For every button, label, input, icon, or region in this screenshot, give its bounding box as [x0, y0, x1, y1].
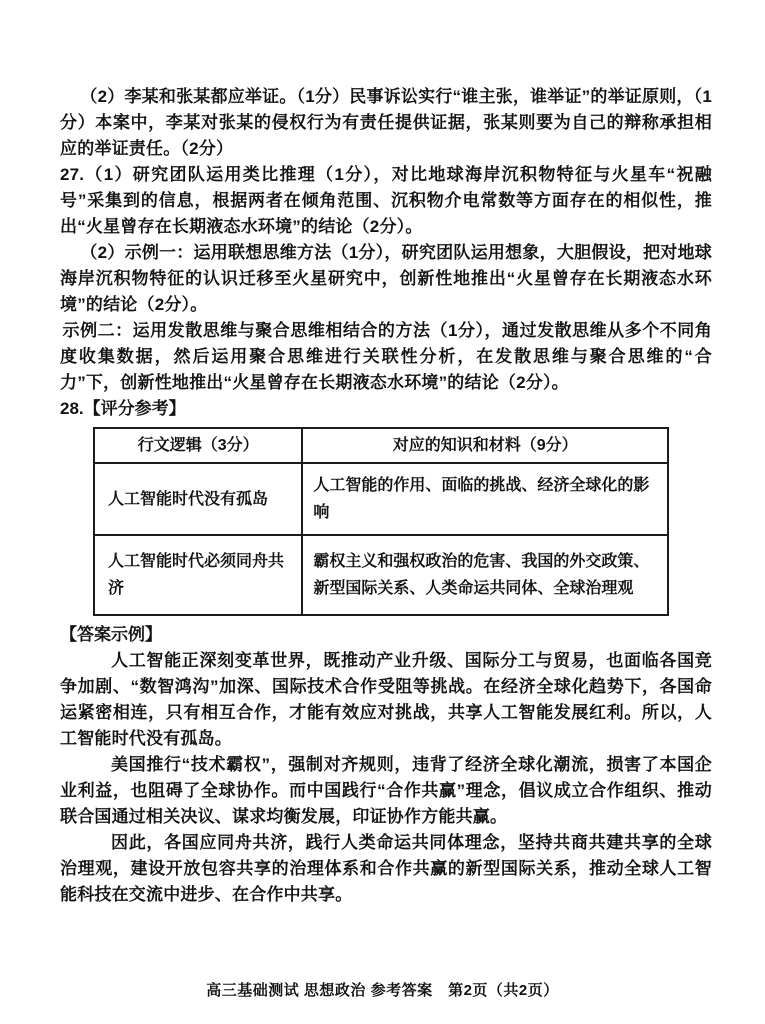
answer-q26-part2: （2）李某和张某都应举证。（1分）民事诉讼实行“谁主张，谁举证”的举证原则，（1…	[60, 84, 712, 162]
answer-sample-paragraph-3: 因此，各国应同舟共济，践行人类命运共同体理念，坚持共商共建共享的全球治理观，建设…	[60, 830, 712, 908]
q28-scoring-heading: 28.【评分参考】	[60, 396, 712, 422]
scoring-table-row2-logic: 人工智能时代必须同舟共济	[94, 535, 302, 615]
scoring-table-row1-logic: 人工智能时代没有孤岛	[94, 463, 302, 535]
scoring-table-header-logic: 行文逻辑（3分）	[94, 428, 302, 463]
scoring-table-row-1: 人工智能时代没有孤岛 人工智能的作用、面临的挑战、经济全球化的影响	[94, 463, 668, 535]
scoring-table-header-row: 行文逻辑（3分） 对应的知识和材料（9分）	[94, 428, 668, 463]
answer-sample-paragraph-1: 人工智能正深刻变革世界，既推动产业升级、国际分工与贸易，也面临各国竞争加剧、“数…	[60, 648, 712, 752]
scoring-table-header-knowledge: 对应的知识和材料（9分）	[302, 428, 668, 463]
page-content: （2）李某和张某都应举证。（1分）民事诉讼实行“谁主张，谁举证”的举证原则，（1…	[60, 84, 712, 908]
document-page: （2）李某和张某都应举证。（1分）民事诉讼实行“谁主张，谁举证”的举证原则，（1…	[0, 0, 765, 1024]
page-footer: 高三基础测试 思想政治 参考答案 第2页（共2页）	[0, 979, 765, 1000]
scoring-table-row1-knowledge: 人工智能的作用、面临的挑战、经济全球化的影响	[302, 463, 668, 535]
answer-q27-part2-example2: 示例二：运用发散思维与聚合思维相结合的方法（1分），通过发散思维从多个不同角度收…	[60, 318, 712, 396]
scoring-table-row2-knowledge: 霸权主义和强权政治的危害、我国的外交政策、新型国际关系、人类命运共同体、全球治理…	[302, 535, 668, 615]
answer-sample-paragraph-2: 美国推行“技术霸权”，强制对齐规则，违背了经济全球化潮流，损害了本国企业利益，也…	[60, 752, 712, 830]
answer-sample-heading: 【答案示例】	[60, 622, 712, 648]
answer-q27-part1: 27.（1）研究团队运用类比推理（1分），对比地球海岸沉积物特征与火星车“祝融号…	[60, 162, 712, 240]
scoring-table: 行文逻辑（3分） 对应的知识和材料（9分） 人工智能时代没有孤岛 人工智能的作用…	[93, 427, 669, 616]
scoring-table-row-2: 人工智能时代必须同舟共济 霸权主义和强权政治的危害、我国的外交政策、新型国际关系…	[94, 535, 668, 615]
answer-q27-part2-example1: （2）示例一：运用联想思维方法（1分），研究团队运用想象，大胆假设，把对地球海岸…	[60, 240, 712, 318]
